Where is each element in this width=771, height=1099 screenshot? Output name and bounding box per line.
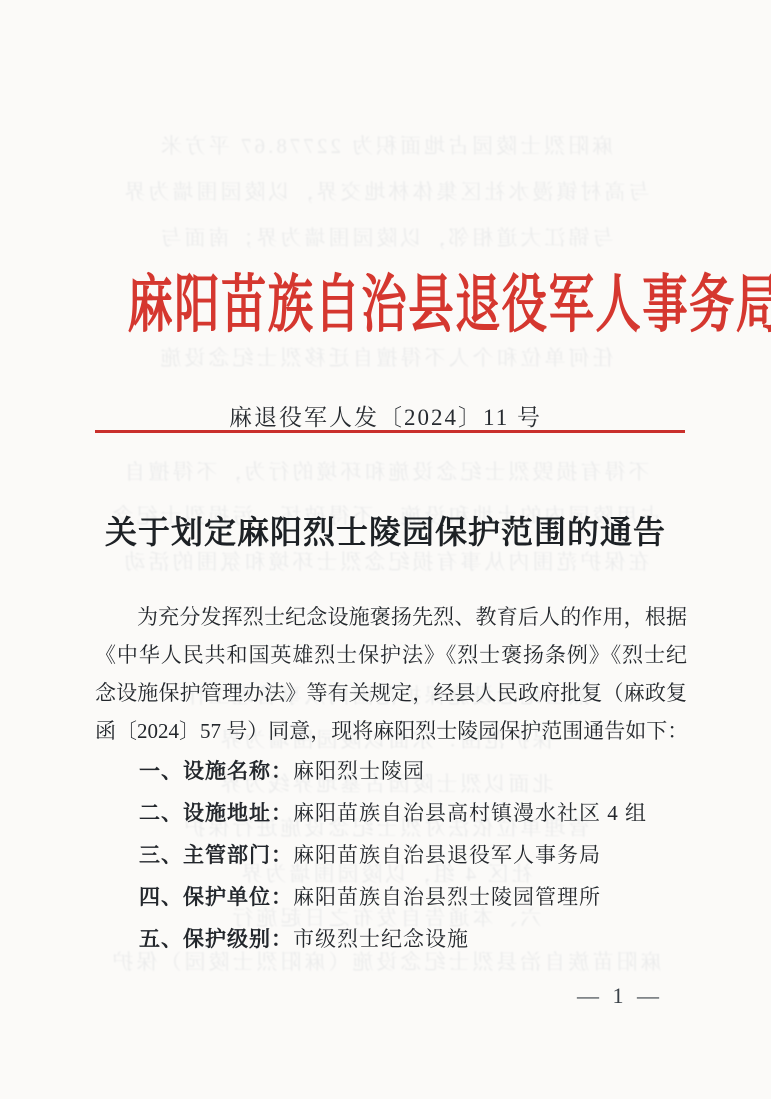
- red-separator-rule: [95, 430, 685, 433]
- body-paragraph-line: 函〔2024〕57 号）同意，现将麻阳烈士陵园保护范围通告如下：: [95, 712, 687, 750]
- list-item-protection-unit: 四、保护单位：麻阳苗族自治县烈士陵园管理所: [95, 876, 687, 918]
- list-item-value: 麻阳苗族自治县高村镇漫水社区 4 组: [293, 801, 647, 825]
- list-item-value: 麻阳苗族自治县烈士陵园管理所: [293, 885, 601, 909]
- list-item-value: 麻阳烈士陵园: [293, 759, 425, 783]
- notice-body: 为充分发挥烈士纪念设施褒扬先烈、教育后人的作用，根据 《中华人民共和国英雄烈士保…: [95, 598, 687, 960]
- letterhead: 麻阳苗族自治县退役军人事务局: [0, 254, 771, 345]
- letterhead-title: 麻阳苗族自治县退役军人事务局: [127, 254, 771, 345]
- document-number: 麻退役军人发〔2024〕11 号: [0, 399, 771, 432]
- list-item-label: 三、主管部门：: [139, 843, 293, 867]
- page-number: — 1 —: [577, 983, 663, 1009]
- list-item-label: 四、保护单位：: [139, 885, 293, 909]
- list-item-supervising-department: 三、主管部门：麻阳苗族自治县退役军人事务局: [95, 834, 687, 876]
- scanned-document-page: 麻阳烈士陵园占地面积为 22778.67 平方米 与高村镇漫水社区集体林地交界，…: [0, 0, 771, 1099]
- list-item-label: 五、保护级别：: [139, 927, 293, 951]
- list-item-value: 麻阳苗族自治县退役军人事务局: [293, 843, 601, 867]
- body-paragraph-line: 念设施保护管理办法》等有关规定，经县人民政府批复（麻政复: [95, 674, 687, 712]
- list-item-label: 一、设施名称：: [139, 759, 293, 783]
- list-item-value: 市级烈士纪念设施: [293, 927, 469, 951]
- notice-title: 关于划定麻阳烈士陵园保护范围的通告: [0, 507, 771, 553]
- body-paragraph-line: 为充分发挥烈士纪念设施褒扬先烈、教育后人的作用，根据: [95, 598, 687, 636]
- body-paragraph-line: 《中华人民共和国英雄烈士保护法》《烈士褒扬条例》《烈士纪: [95, 636, 687, 674]
- list-item-protection-level: 五、保护级别：市级烈士纪念设施: [95, 918, 687, 960]
- list-item-facility-name: 一、设施名称：麻阳烈士陵园: [95, 750, 687, 792]
- list-item-facility-address: 二、设施地址：麻阳苗族自治县高村镇漫水社区 4 组: [95, 792, 687, 834]
- document-content: 麻阳苗族自治县退役军人事务局 麻退役军人发〔2024〕11 号 关于划定麻阳烈士…: [0, 0, 771, 1099]
- list-item-label: 二、设施地址：: [139, 801, 293, 825]
